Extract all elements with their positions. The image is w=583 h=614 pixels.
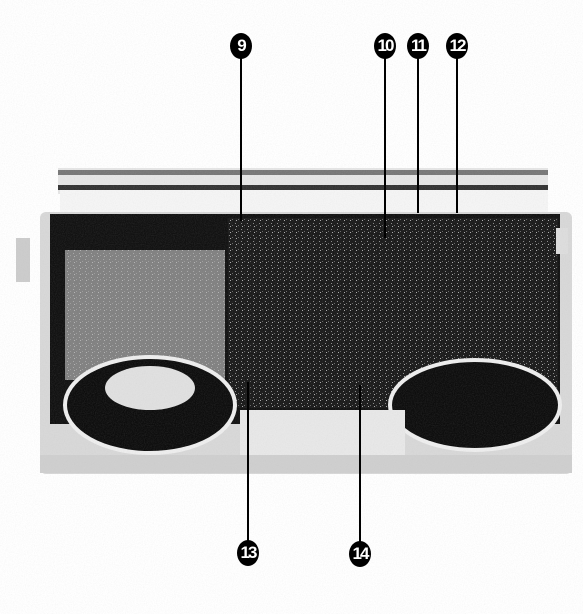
callout-9: 9 <box>230 33 252 59</box>
callout-11: 11 <box>407 33 429 59</box>
leader-line-9 <box>240 58 242 221</box>
callout-10: 10 <box>374 33 396 59</box>
callout-14: 14 <box>349 541 371 567</box>
leader-line-13 <box>247 382 249 550</box>
callout-13: 13 <box>237 540 259 566</box>
leader-line-14 <box>359 385 361 550</box>
callout-12: 12 <box>446 33 468 59</box>
device-interior-photo <box>0 0 583 614</box>
leader-line-12 <box>456 58 458 213</box>
leader-line-10 <box>384 58 386 238</box>
figure: 9 10 11 12 13 14 <box>0 0 583 614</box>
leader-line-11 <box>417 58 419 213</box>
